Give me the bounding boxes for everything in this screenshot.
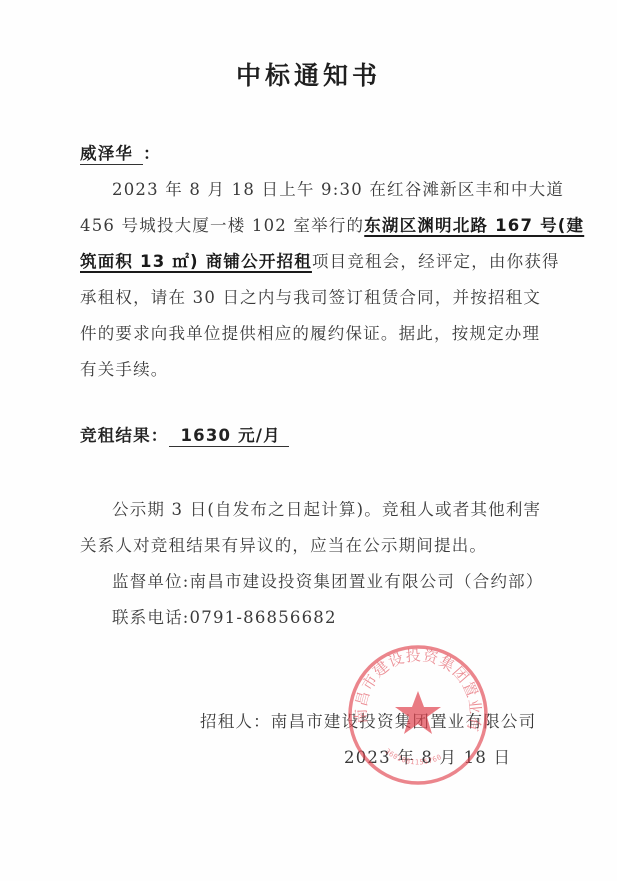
supervisor-line: 监督单位:南昌市建设投资集团置业有限公司（合约部） <box>112 568 544 592</box>
bid-result-label: 竞租结果： <box>80 426 169 445</box>
addressee: 威泽华： <box>80 140 161 165</box>
addressee-name: 威泽华 <box>80 140 143 165</box>
addressee-colon: ： <box>143 144 161 163</box>
body-line-2: 456 号城投大厦一楼 102 室举行的东湖区渊明北路 167 号(建 <box>80 212 584 236</box>
bid-result-value: 1630 元/月 <box>169 422 289 447</box>
property-name-part1: 东湖区渊明北路 167 号(建 <box>364 216 584 235</box>
property-name-part2: 筑面积 13 ㎡) 商铺公开招租 <box>80 252 312 271</box>
notice-line-2: 关系人对竞租结果有异议的，应当在公示期间提出。 <box>80 532 487 556</box>
date-line: 2023 年 8 月 18 日 <box>344 744 511 768</box>
body-line-5: 件的要求向我单位提供相应的履约保证。据此，按规定办理 <box>80 320 540 344</box>
body-line-4: 承租权，请在 30 日之内与我司签订租赁合同，并按招租文 <box>80 284 541 308</box>
body-line-6: 有关手续。 <box>80 356 169 380</box>
document-title: 中标通知书 <box>0 56 617 92</box>
notice-line-1: 公示期 3 日(自发布之日起计算)。竞租人或者其他利害 <box>112 496 541 520</box>
issuer-line: 招租人：南昌市建设投资集团置业有限公司 <box>200 708 536 732</box>
body-line-1: 2023 年 8 月 18 日上午 9:30 在红谷滩新区丰和中大道 <box>112 176 564 200</box>
document-page: 中标通知书 威泽华： 2023 年 8 月 18 日上午 9:30 在红谷滩新区… <box>0 0 617 881</box>
body-line-3-plain: 项目竞租会，经评定，由你获得 <box>312 252 560 271</box>
phone-line: 联系电话:0791-86856682 <box>112 604 337 628</box>
body-line-3: 筑面积 13 ㎡) 商铺公开招租项目竞租会，经评定，由你获得 <box>80 248 560 272</box>
bid-result: 竞租结果：1630 元/月 <box>80 422 289 447</box>
body-line-2-plain: 456 号城投大厦一楼 102 室举行的 <box>80 216 364 235</box>
